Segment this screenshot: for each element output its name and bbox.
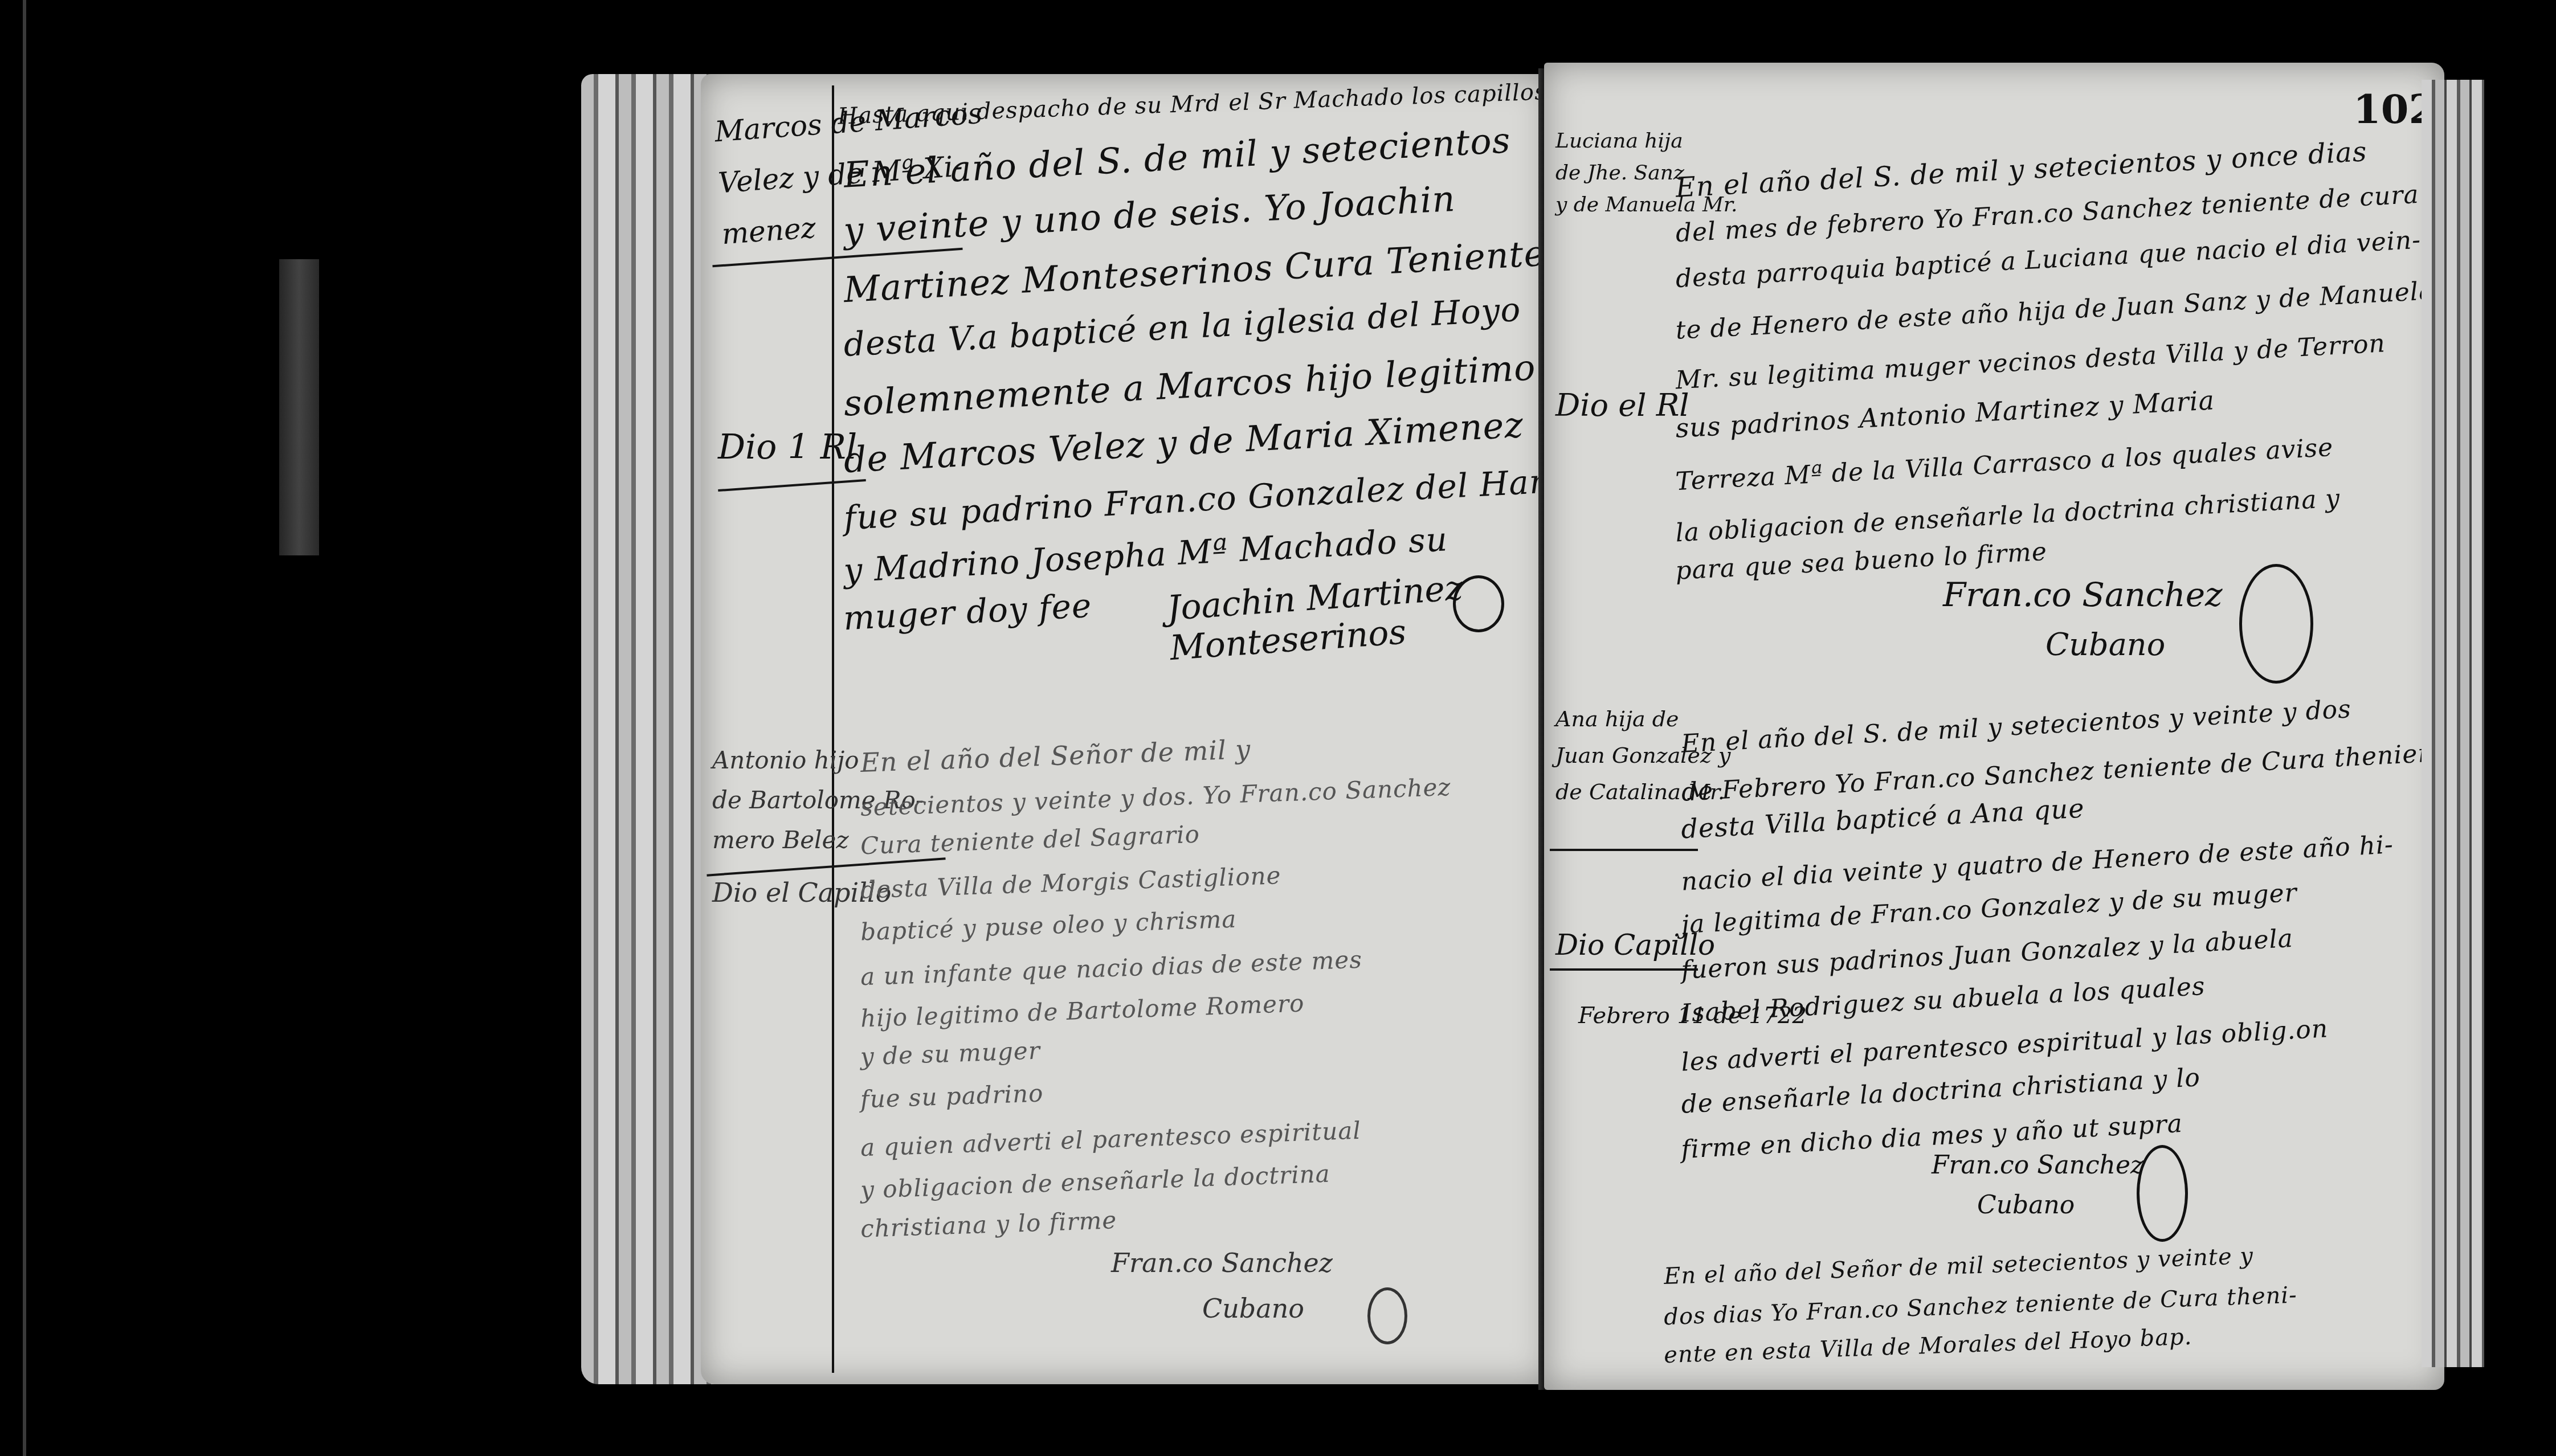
entry-divider [707,857,945,876]
fee-underline [1550,968,1698,971]
signature: Fran.co Sanchez [1111,1248,1333,1278]
entry-line: muger doy fee [843,586,1093,638]
open-ledger: Marcos de Marcos Velez y de Mª Xi- menez… [581,63,2473,1413]
binding-strip [279,259,319,555]
signature-flourish-icon [2239,564,2313,684]
signature-flourish-icon [1367,1287,1407,1344]
entry-line: desta Villa de Morgis Castiglione [860,861,1281,904]
left-page: Marcos de Marcos Velez y de Mª Xi- menez… [701,74,1550,1384]
left-margin-rule [832,85,834,1373]
entry-line: hijo legitimo de Bartolome Romero [860,989,1305,1032]
entry-line: Hasta aqui despacho de su Mrd el Sr Mach… [838,79,1548,129]
signature: Fran.co Sanchez [1932,1151,2143,1180]
entry-line: y de su muger [860,1037,1040,1071]
right-page: 102 Luciana hija de Jhe. Sanz y de Manue… [1544,63,2444,1390]
entry-divider [1550,849,1698,851]
left-page-stack [581,74,718,1384]
entry-line: bapticé y puse oleo y chrisma [860,905,1237,946]
signature-flourish-icon [2137,1145,2188,1242]
entry-line: a quien adverti el parentesco espiritual [860,1116,1361,1162]
entry-line: dos dias Yo Fran.co Sanchez teniente de … [1664,1282,2298,1331]
signature: Cubano [2045,627,2165,662]
fee-underline [718,479,866,492]
fee-note: Dio el Rl [1555,387,1689,423]
signature-flourish-icon [1453,575,1504,632]
right-page-stack [2422,80,2484,1367]
signature: Fran.co Sanchez [1943,575,2223,614]
entry-line: christiana y lo firme [860,1206,1117,1243]
signature: Cubano [1977,1191,2075,1220]
entry-line: y obligacion de enseñarle la doctrina [860,1160,1330,1204]
entry-line: a un infante que nacio dias de este mes [860,946,1362,991]
entry-line: setecientos y veinte y dos. Yo Fran.co S… [860,773,1451,821]
entry-line: sus padrinos Antonio Martinez y Maria [1675,385,2215,444]
entry-line: Terreza Mª de la Villa Carrasco a los qu… [1675,433,2334,496]
entry-line: En el año del Señor de mil setecientos y… [1664,1243,2254,1290]
scan-border [23,0,26,1456]
fee-note: Dio 1 Rl [718,427,857,467]
signature: Cubano [1202,1293,1304,1324]
entry-line: la obligacion de enseñarle la doctrina c… [1675,484,2341,547]
entry-line: fue su padrino [860,1079,1044,1113]
entry-line: ente en esta Villa de Morales del Hoyo b… [1663,1324,2192,1368]
